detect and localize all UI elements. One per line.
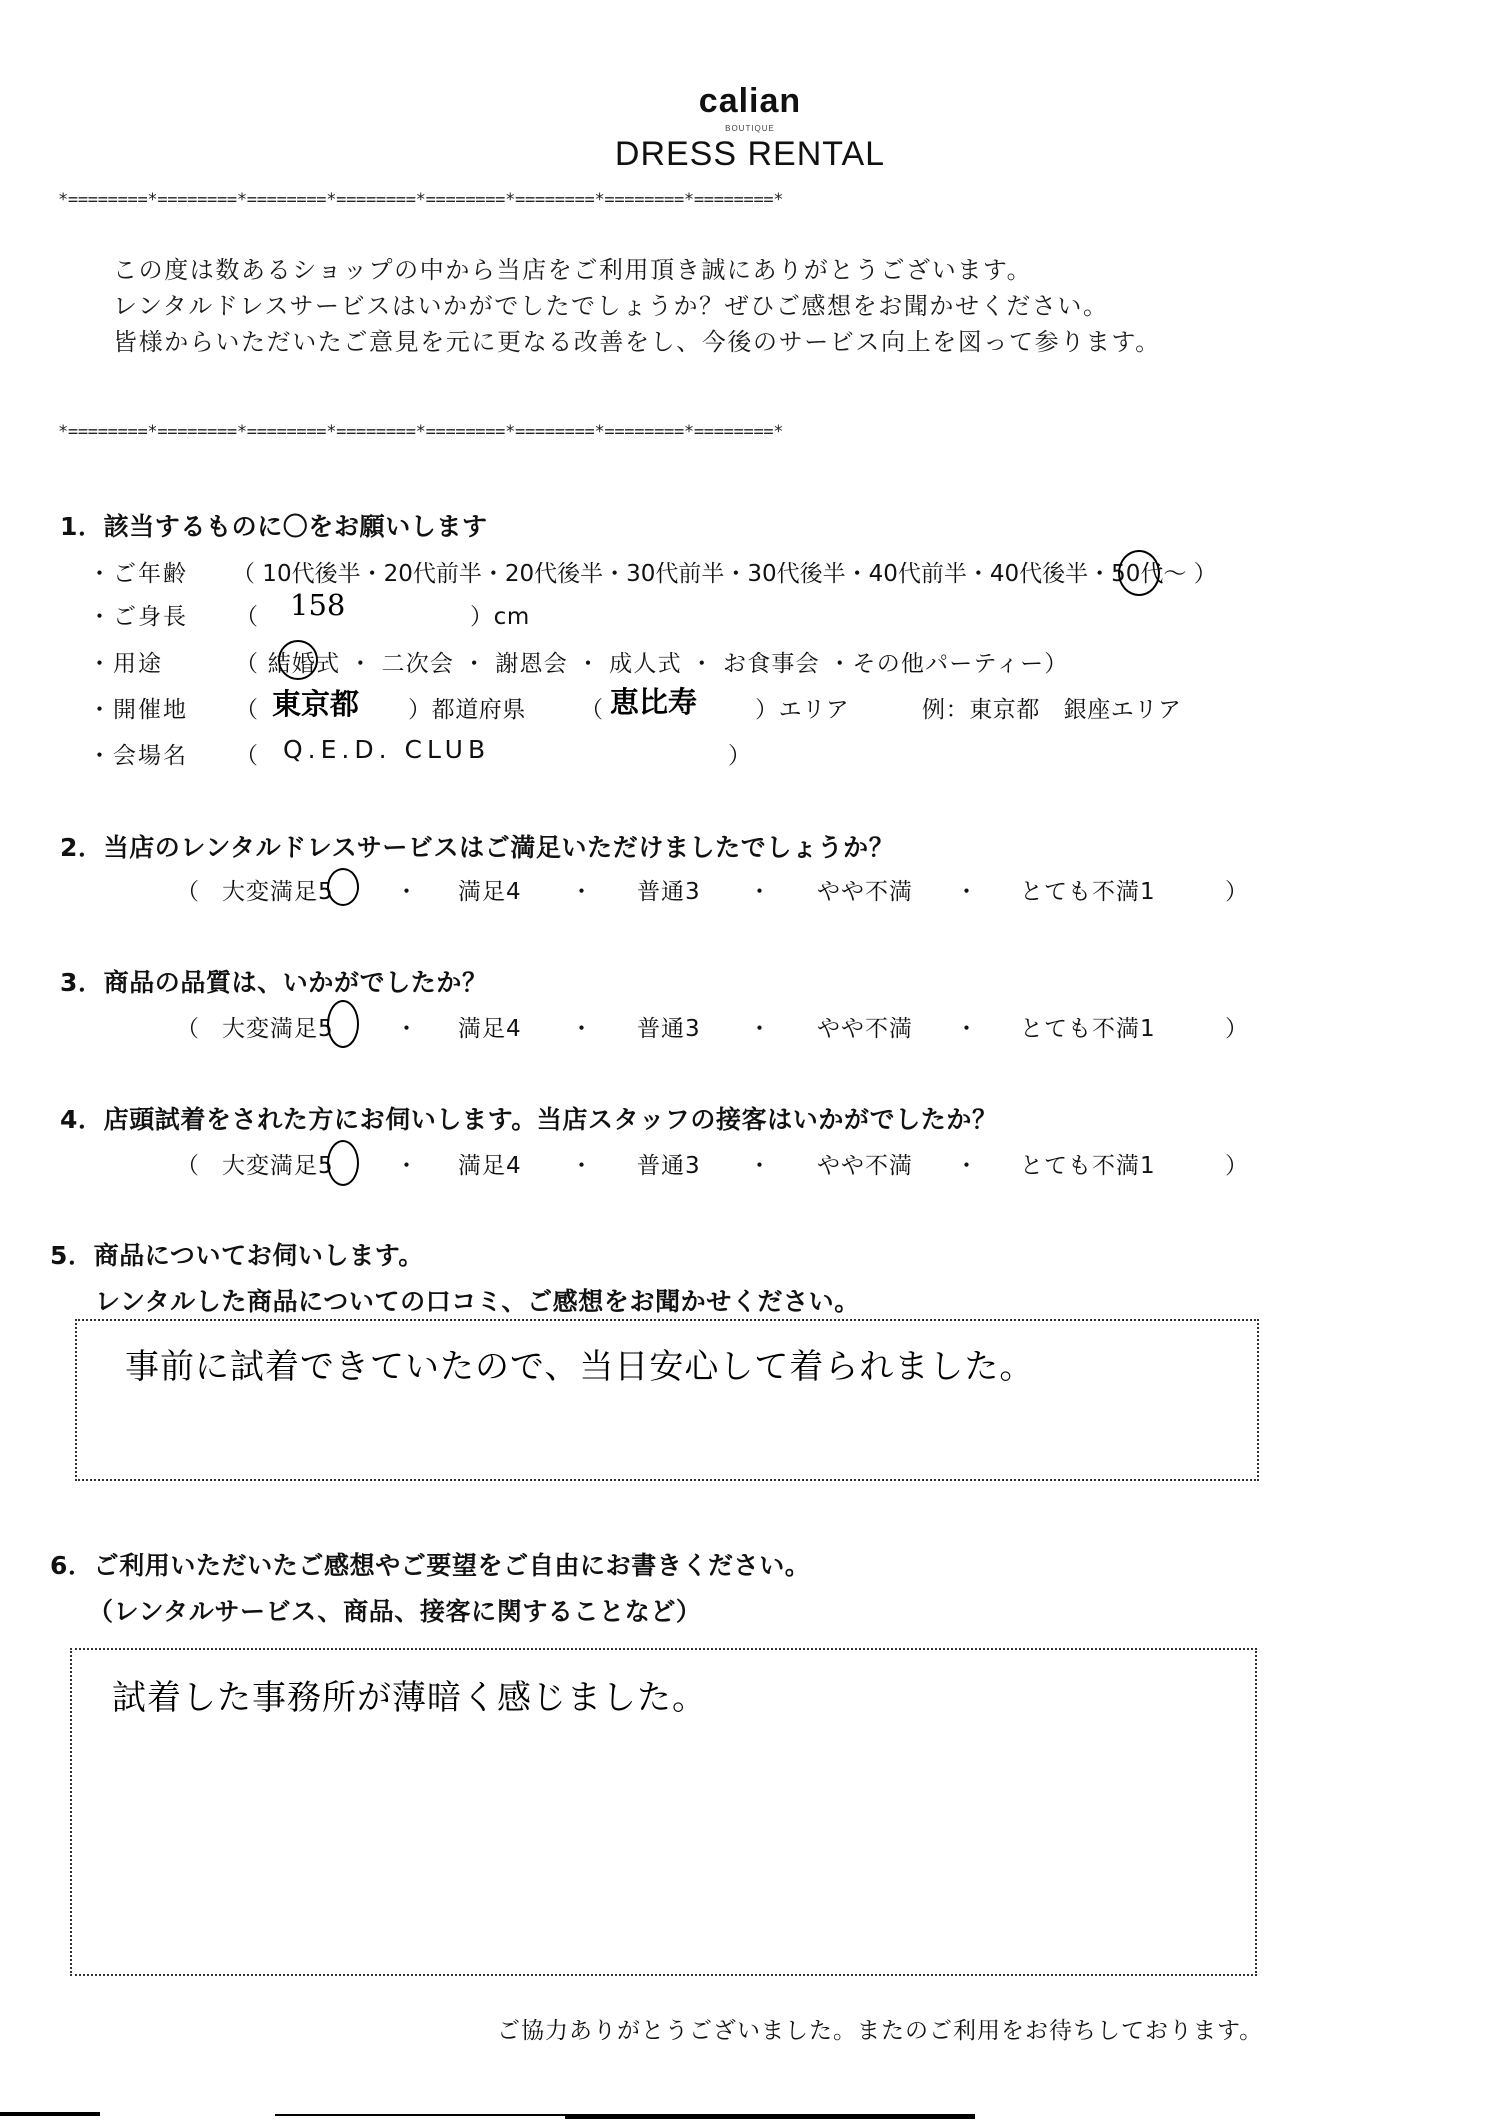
prefecture-open-paren: （ [235, 691, 259, 724]
q1-heading: 1．該当するものに〇をお願いします [60, 507, 488, 543]
rating-dot: ・ [570, 1147, 594, 1180]
venue-open-paren: （ [235, 737, 259, 770]
rating-dot: ・ [395, 1010, 419, 1043]
age-options[interactable]: （ 10代後半・20代前半・20代後半・30代前半・30代後半・40代前半・40… [232, 555, 1217, 588]
rating-option-5[interactable]: 大変満足5 [222, 873, 334, 906]
intro-line-3: 皆様からいただいたご意見を元に更なる改善をし、今後のサービス向上を図って参ります… [113, 322, 1161, 357]
q4-selected-circle [327, 1140, 359, 1186]
age-label: ・ご年齢 [88, 555, 188, 588]
rating-option-4[interactable]: 満足4 [458, 1147, 522, 1180]
rating-dot: ・ [570, 1010, 594, 1043]
rating-dot: ・ [395, 1147, 419, 1180]
intro-line-1: この度は数あるショップの中から当店をご利用頂き誠にありがとうございます。 [113, 250, 1032, 285]
separator-bottom: *========*========*========*========*===… [58, 422, 1358, 442]
height-value[interactable]: 158 [290, 588, 345, 622]
rating-option-1[interactable]: とても不満1 [1020, 1010, 1156, 1043]
rating-option-2[interactable]: やや不満 [817, 873, 913, 906]
q4-heading: 4．店頭試着をされた方にお伺いします。当店スタッフの接客はいかがでしたか？ [60, 1100, 998, 1136]
rating-close-paren: ） [1225, 873, 1249, 906]
location-example: 例：東京都 銀座エリア [922, 691, 1182, 724]
q6-heading: 6．ご利用いただいたご感想やご要望をご自由にお書きください。 [50, 1546, 810, 1582]
rating-dot: ・ [748, 873, 772, 906]
rating-option-1[interactable]: とても不満1 [1020, 873, 1156, 906]
rating-option-4[interactable]: 満足4 [458, 873, 522, 906]
age-selected-circle [1118, 550, 1160, 596]
q3-heading: 3．商品の品質は、いかがでしたか？ [60, 963, 488, 999]
rating-option-3[interactable]: 普通3 [637, 1010, 701, 1043]
footer-thanks: ご協力ありがとうございました。またのご利用をお待ちしております。 [497, 2012, 1263, 2045]
q5-answer-text: 事前に試着できていたので、当日安心して着られました。 [125, 1339, 1034, 1388]
height-open-paren: （ [235, 598, 259, 631]
q5-subheading: レンタルした商品についての口コミ、ご感想をお聞かせください。 [95, 1282, 860, 1318]
rating-open-paren: （ [176, 873, 200, 906]
area-value[interactable]: 恵比寿 [610, 680, 697, 721]
purpose-options[interactable]: （ 結婚式 ・ 二次会 ・ 謝恩会 ・ 成人式 ・ お食事会 ・その他パーティー… [235, 645, 1068, 678]
q2-heading: 2．当店のレンタルドレスサービスはご満足いただけましたでしょうか？ [60, 828, 894, 864]
q6-answer-text: 試着した事務所が薄暗く感じました。 [112, 1670, 707, 1719]
rating-close-paren: ） [1225, 1147, 1249, 1180]
scan-artifact-line-thick [565, 2116, 975, 2119]
q2-selected-circle [327, 868, 359, 906]
purpose-label: ・用途 [88, 645, 163, 678]
rating-open-paren: （ [176, 1010, 200, 1043]
area-suffix: ）エリア [755, 691, 849, 724]
rating-dot: ・ [395, 873, 419, 906]
scan-artifact-left [0, 2112, 100, 2116]
rating-dot: ・ [570, 873, 594, 906]
rating-option-2[interactable]: やや不満 [817, 1147, 913, 1180]
page-title: DRESS RENTAL [0, 135, 1500, 174]
rating-dot: ・ [955, 1010, 979, 1043]
venue-close-paren: ） [728, 737, 752, 770]
rating-option-3[interactable]: 普通3 [637, 1147, 701, 1180]
venue-label: ・会場名 [88, 737, 188, 770]
q6-answer-box[interactable]: 試着した事務所が薄暗く感じました。 [70, 1648, 1257, 1976]
rating-option-3[interactable]: 普通3 [637, 873, 701, 906]
q6-subheading: （レンタルサービス、商品、接客に関することなど） [88, 1592, 702, 1628]
separator-top: *========*========*========*========*===… [58, 190, 1358, 210]
q5-answer-box[interactable]: 事前に試着できていたので、当日安心して着られました。 [75, 1319, 1259, 1481]
height-unit: ）cm [470, 598, 530, 631]
q3-selected-circle [327, 1000, 359, 1048]
rating-open-paren: （ [176, 1147, 200, 1180]
brand-subtitle: BOUTIQUE [0, 124, 1500, 133]
purpose-selected-circle [278, 640, 318, 680]
rating-dot: ・ [955, 873, 979, 906]
prefecture-suffix: ）都道府県 [408, 691, 526, 724]
venue-value[interactable]: Q.E.D. CLUB [283, 735, 490, 764]
location-label: ・開催地 [88, 691, 188, 724]
rating-dot: ・ [748, 1147, 772, 1180]
intro-line-2: レンタルドレスサービスはいかがでしたでしょうか？ぜひご感想をお聞かせください。 [113, 286, 1109, 321]
height-label: ・ご身長 [88, 598, 188, 631]
rating-option-2[interactable]: やや不満 [817, 1010, 913, 1043]
rating-close-paren: ） [1225, 1010, 1249, 1043]
brand-logo: calian [0, 82, 1500, 121]
q5-heading: 5．商品についてお伺いします。 [50, 1236, 424, 1272]
rating-option-5[interactable]: 大変満足5 [222, 1147, 334, 1180]
rating-dot: ・ [748, 1010, 772, 1043]
rating-option-4[interactable]: 満足4 [458, 1010, 522, 1043]
rating-dot: ・ [955, 1147, 979, 1180]
prefecture-value[interactable]: 東京都 [272, 682, 359, 723]
rating-option-5[interactable]: 大変満足5 [222, 1010, 334, 1043]
rating-option-1[interactable]: とても不満1 [1020, 1147, 1156, 1180]
area-open-paren: （ [580, 691, 604, 724]
